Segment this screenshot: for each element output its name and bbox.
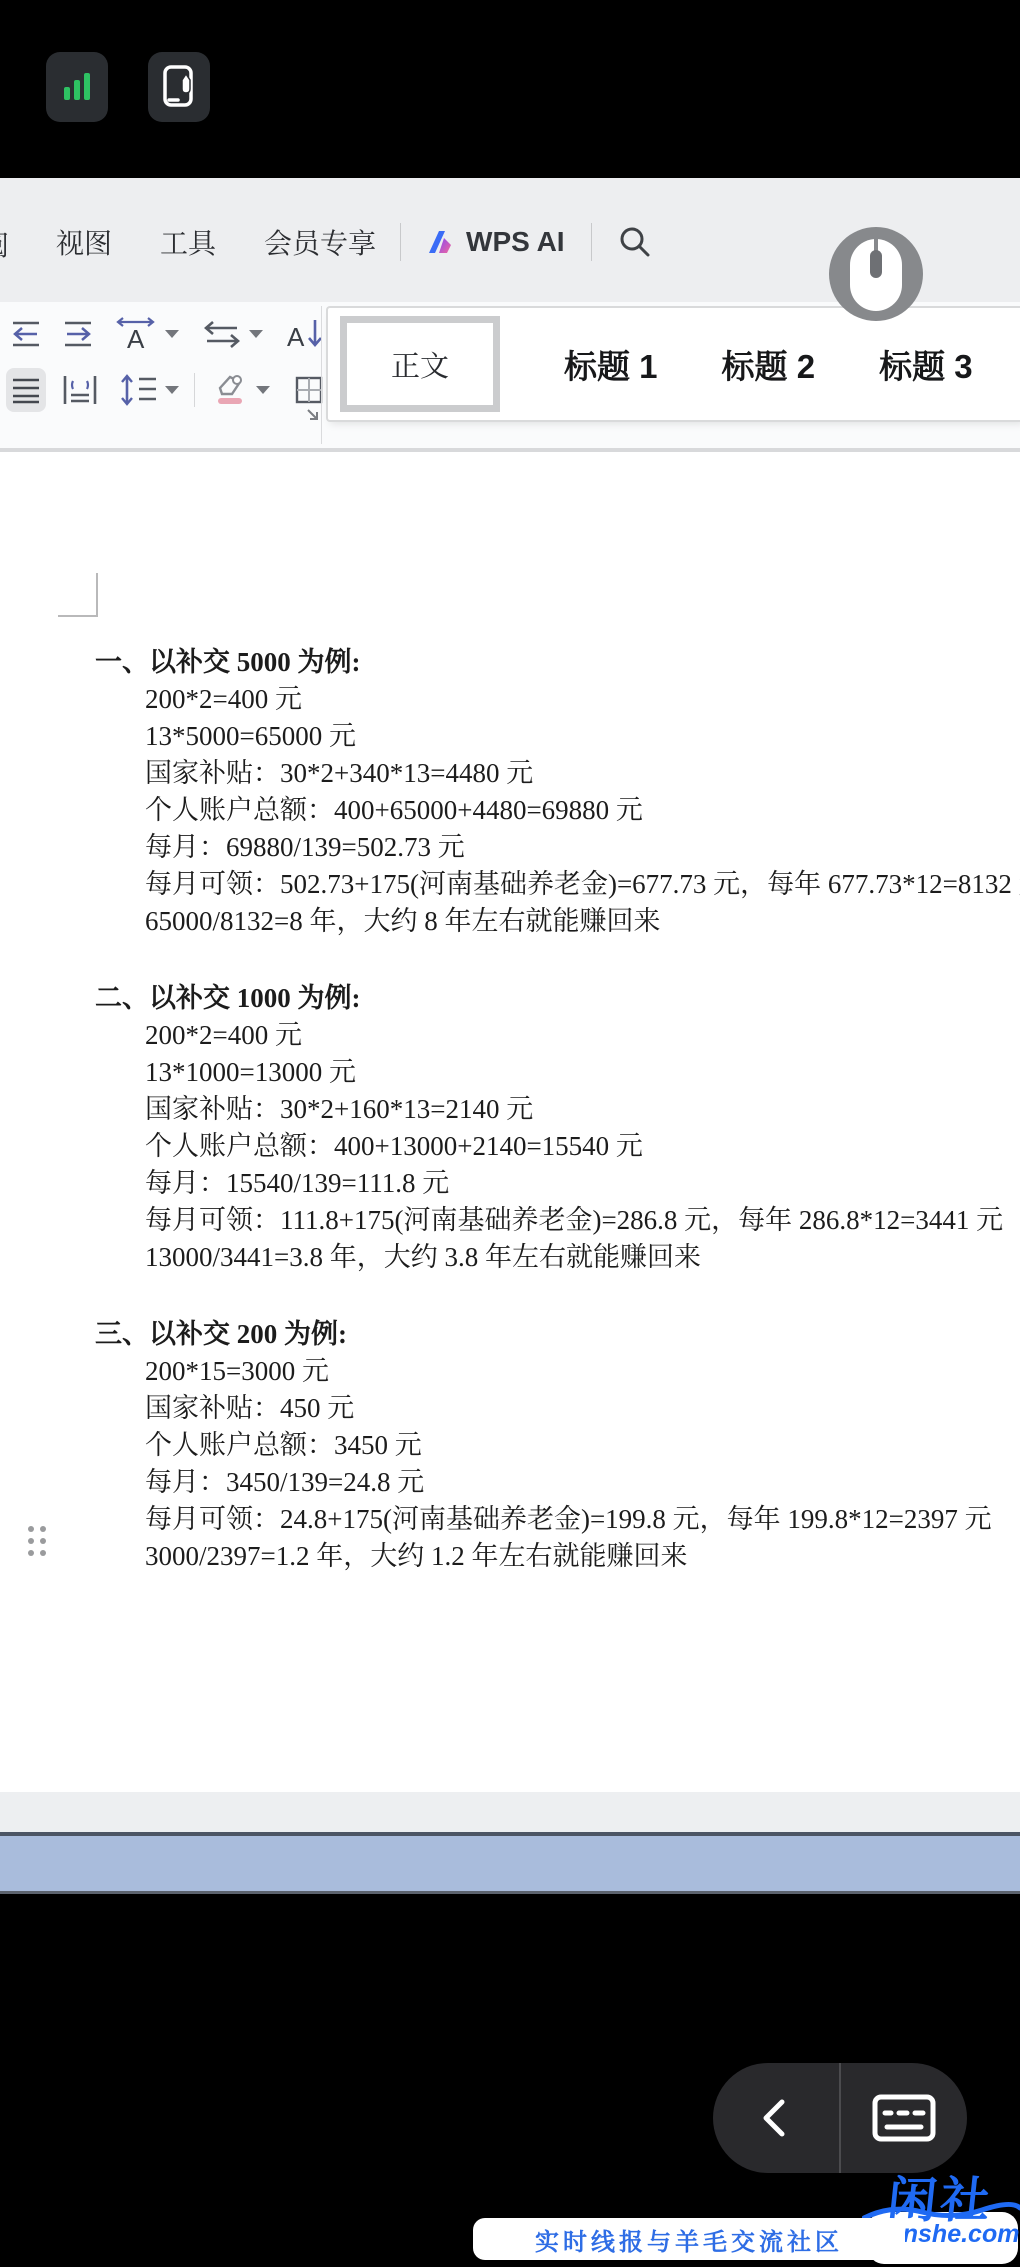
keyboard-icon (871, 2093, 937, 2143)
line-spacing-button[interactable] (116, 368, 182, 412)
doc-line: 国家补贴：450 元 (145, 1390, 1020, 1427)
indent-increase-button[interactable] (58, 312, 98, 356)
doc-section-3: 三、以补交 200 为例: 200*15=3000 元 国家补贴：450 元 个… (0, 1316, 1020, 1575)
doc-line: 国家补贴：30*2+340*13=4480 元 (145, 755, 1020, 792)
align-justify-button[interactable] (6, 368, 46, 412)
device-lock-button[interactable] (148, 52, 210, 122)
page-background-strip (0, 1792, 1020, 1832)
character-scale-button[interactable]: A (112, 312, 182, 356)
bottom-blue-bar (0, 1836, 1020, 1894)
page-margin-corner-mark (58, 573, 98, 617)
paragraph-spacing-icon (61, 373, 99, 407)
section-heading: 三、以补交 200 为例: (95, 1316, 1020, 1353)
doc-line: 3000/2397=1.2 年，大约 1.2 年左右就能赚回来 (145, 1538, 1020, 1575)
chevron-down-icon (256, 386, 270, 394)
shading-button[interactable] (207, 368, 273, 412)
wps-ai-icon (427, 228, 457, 256)
doc-line: 每月可领：24.8+175(河南基础养老金)=199.8 元，每年 199.8*… (145, 1501, 1020, 1538)
style-item-heading2[interactable]: 标题 2 (722, 341, 816, 388)
chevron-down-icon (165, 330, 179, 338)
doc-line: 13*1000=13000 元 (145, 1054, 1020, 1091)
style-item-heading1[interactable]: 标题 1 (564, 341, 658, 388)
search-icon[interactable] (618, 225, 652, 259)
device-lock-icon (161, 65, 197, 109)
doc-line: 国家补贴：30*2+160*13=2140 元 (145, 1091, 1020, 1128)
doc-line: 200*2=400 元 (145, 1017, 1020, 1054)
line-spacing-icon (119, 373, 159, 407)
paragraph-drag-handle[interactable] (28, 1526, 52, 1560)
style-item-heading3[interactable]: 标题 3 (879, 341, 973, 388)
menu-separator (591, 223, 592, 261)
status-bar (0, 0, 1020, 178)
doc-line: 13000/3441=3.8 年，大约 3.8 年左右就能赚回来 (145, 1239, 1020, 1276)
mouse-pointer-overlay[interactable] (826, 224, 926, 324)
keyboard-button[interactable] (841, 2063, 967, 2173)
indent-decrease-icon (9, 317, 43, 351)
align-justify-icon (9, 374, 43, 406)
shading-icon (210, 372, 250, 408)
menu-item-view[interactable]: 视图 (56, 222, 112, 262)
doc-line: 每月：69880/139=502.73 元 (145, 829, 1020, 866)
svg-text:A: A (127, 324, 145, 352)
bottom-nav (713, 2063, 967, 2173)
back-chevron-icon (755, 2094, 797, 2142)
doc-line: 200*2=400 元 (145, 681, 1020, 718)
doc-line: 65000/8132=8 年，大约 8 年左右就能赚回来 (145, 903, 1020, 940)
sort-text-button[interactable]: A (282, 312, 330, 356)
toolbar-gallery-separator (321, 306, 322, 444)
style-item-normal[interactable]: 正文 (340, 316, 500, 412)
text-direction-icon (201, 317, 243, 351)
indent-increase-icon (61, 317, 95, 351)
wps-ai-button[interactable]: WPS AI (427, 226, 565, 258)
doc-line: 每月可领：502.73+175(河南基础养老金)=677.73 元，每年 677… (145, 866, 1020, 903)
signal-bars-button[interactable] (46, 52, 108, 122)
chevron-down-icon (165, 386, 179, 394)
doc-line: 200*15=3000 元 (145, 1353, 1020, 1390)
doc-section-2: 二、以补交 1000 为例: 200*2=400 元 13*1000=13000… (0, 980, 1020, 1276)
doc-section-1: 一、以补交 5000 为例: 200*2=400 元 13*5000=65000… (0, 644, 1020, 940)
doc-line: 每月可领：111.8+175(河南基础养老金)=286.8 元，每年 286.8… (145, 1202, 1020, 1239)
doc-line: 个人账户总额：3450 元 (145, 1427, 1020, 1464)
document-text: 一、以补交 5000 为例: 200*2=400 元 13*5000=65000… (0, 644, 1020, 1615)
toolbar-separator (194, 373, 195, 407)
section-heading: 二、以补交 1000 为例: (95, 980, 1020, 1017)
doc-line: 个人账户总额：400+13000+2140=15540 元 (145, 1128, 1020, 1165)
svg-text:A: A (287, 322, 305, 352)
signal-bars-icon (60, 70, 94, 104)
doc-line: 个人账户总额：400+65000+4480=69880 元 (145, 792, 1020, 829)
watermark-tagline-bar: 实时线报与羊毛交流社区 (473, 2218, 905, 2260)
back-button[interactable] (713, 2063, 839, 2173)
paragraph-spacing-button[interactable] (58, 368, 102, 412)
watermark-tagline: 实时线报与羊毛交流社区 (535, 2222, 843, 2257)
doc-line: 每月：15540/139=111.8 元 (145, 1165, 1020, 1202)
menu-item-membership[interactable]: 会员专享 (264, 222, 376, 262)
chevron-down-icon (249, 330, 263, 338)
indent-decrease-button[interactable] (6, 312, 46, 356)
menu-separator (400, 223, 401, 261)
menu-item-tools[interactable]: 工具 (160, 222, 216, 262)
character-scale-icon: A (115, 316, 159, 352)
text-direction-button[interactable] (198, 312, 266, 356)
section-heading: 一、以补交 5000 为例: (95, 644, 1020, 681)
doc-line: 每月：3450/139=24.8 元 (145, 1464, 1020, 1501)
doc-line: 13*5000=65000 元 (145, 718, 1020, 755)
wps-ai-label: WPS AI (466, 226, 565, 258)
